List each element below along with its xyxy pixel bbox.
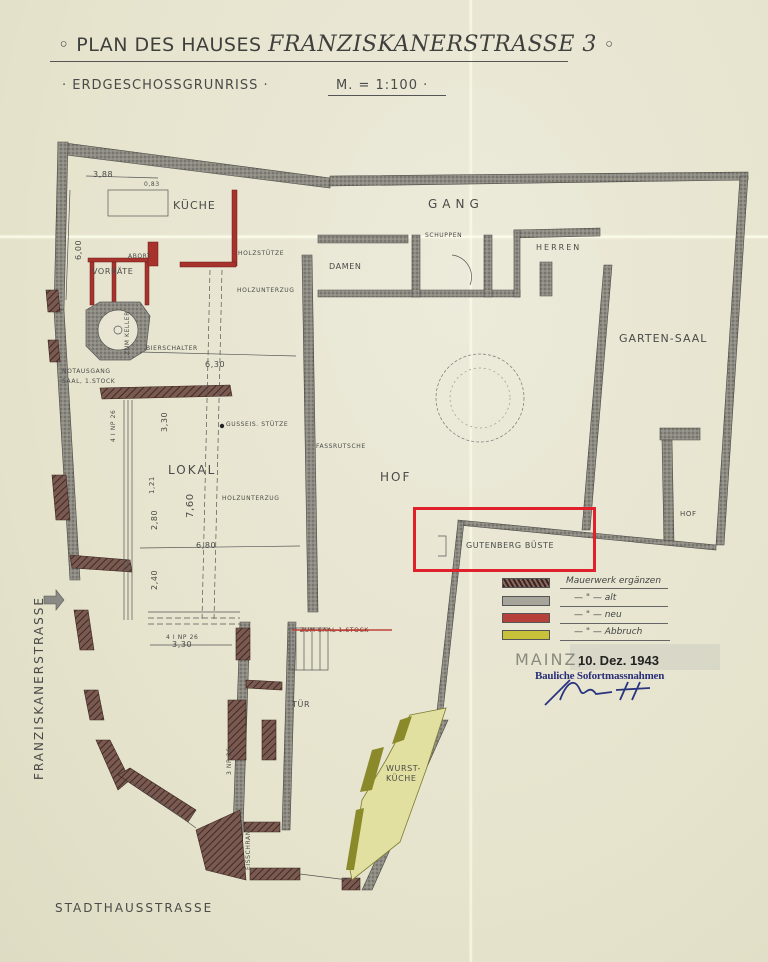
- legend-swatch-red: [502, 613, 550, 623]
- label-zum-saal-crossed: ZUM SAAL 1.STOCK: [300, 627, 369, 634]
- label-schuppen: SCHUPPEN: [425, 232, 462, 239]
- dim-388: 3,88: [93, 170, 113, 179]
- signature-icon: [545, 680, 650, 705]
- legend-rule-3: [560, 640, 670, 641]
- demolition-area-yellow: [346, 708, 446, 880]
- stamp-department: Bauliche Sofortmassnahmen: [535, 670, 664, 682]
- label-garten-saal: GARTEN-SAAL: [619, 332, 707, 345]
- label-gusseis-stuetze: GUSSEIS. STÜTZE: [226, 421, 288, 428]
- dim-600: 6,00: [74, 240, 83, 260]
- label-holzstuetze: HOLZSTÜTZE: [238, 250, 284, 257]
- legend-label-1: — " — alt: [574, 593, 616, 603]
- label-vorraete: VORRÄTE: [92, 267, 133, 276]
- label-lokal: LOKAL: [168, 463, 216, 477]
- dim-330a: 3,30: [160, 412, 169, 432]
- dim-680: 6,80: [196, 541, 216, 550]
- label-kueche: KÜCHE: [173, 199, 216, 212]
- legend-label-3: — " — Abbruch: [574, 627, 642, 637]
- dim-121: 1,21: [148, 476, 156, 494]
- dim-240: 2,40: [150, 570, 159, 590]
- label-tuer: TÜR: [292, 700, 310, 709]
- label-holzunterzug-mid: HOLZUNTERZUG: [222, 495, 280, 502]
- dim-630: 6,30: [205, 360, 225, 369]
- dim-760: 7,60: [185, 493, 196, 518]
- label-bierschalter: BIERSCHALTER: [146, 345, 198, 352]
- label-fassrutsche: FASSRUTSCHE: [316, 443, 366, 450]
- label-notausgang: NOTAUSGANG: [62, 368, 111, 375]
- legend-rule-1: [560, 606, 668, 607]
- label-damen: DAMEN: [329, 262, 361, 271]
- legend-rule-0: [560, 588, 668, 589]
- highlight-box-gutenberg: [413, 507, 596, 572]
- label-hof-main: HOF: [380, 470, 411, 484]
- label-stadthausstrasse: STADTHAUSSTRASSE: [55, 901, 213, 915]
- label-abort: ABORT: [128, 253, 151, 260]
- legend-swatch-yellow: [502, 630, 550, 640]
- label-zum-keller: ZUM KELLER: [124, 311, 131, 355]
- label-eisschrank: EISSCHRANK: [245, 826, 252, 870]
- entrance-arrow-icon: [44, 590, 64, 610]
- label-holzunterzug-top: HOLZUNTERZUG: [237, 287, 295, 294]
- label-notausgang-saal: SAAL, 1.STOCK: [62, 378, 115, 385]
- dim-330b: 3,30: [172, 640, 192, 649]
- label-gang: GANG: [428, 197, 484, 211]
- label-wurst: WURST-: [386, 764, 421, 773]
- dim-083: 0,83: [144, 181, 160, 188]
- stamp-city: MAINZ,: [515, 650, 584, 669]
- column-dot-icon: [220, 424, 224, 428]
- label-herren: HERREN: [536, 243, 581, 252]
- legend-swatch-hatched: [502, 578, 550, 588]
- label-wurst-kueche: KÜCHE: [386, 774, 417, 783]
- label-beam-1: 4 I NP 26: [110, 410, 117, 442]
- stamp-date: 10. Dez. 1943: [578, 653, 659, 668]
- legend-swatch-grey: [502, 596, 550, 606]
- dim-280: 2,80: [150, 510, 159, 530]
- label-franziskanerstrasse: FRANZISKANERSTRASSE: [32, 596, 46, 780]
- legend-label-2: — " — neu: [574, 610, 622, 620]
- label-hof-right: HOF: [680, 510, 697, 518]
- label-beam-3: 3 NP 26: [226, 747, 233, 775]
- legend-rule-2: [560, 623, 668, 624]
- legend-label-0: Mauerwerk ergänzen: [566, 576, 661, 586]
